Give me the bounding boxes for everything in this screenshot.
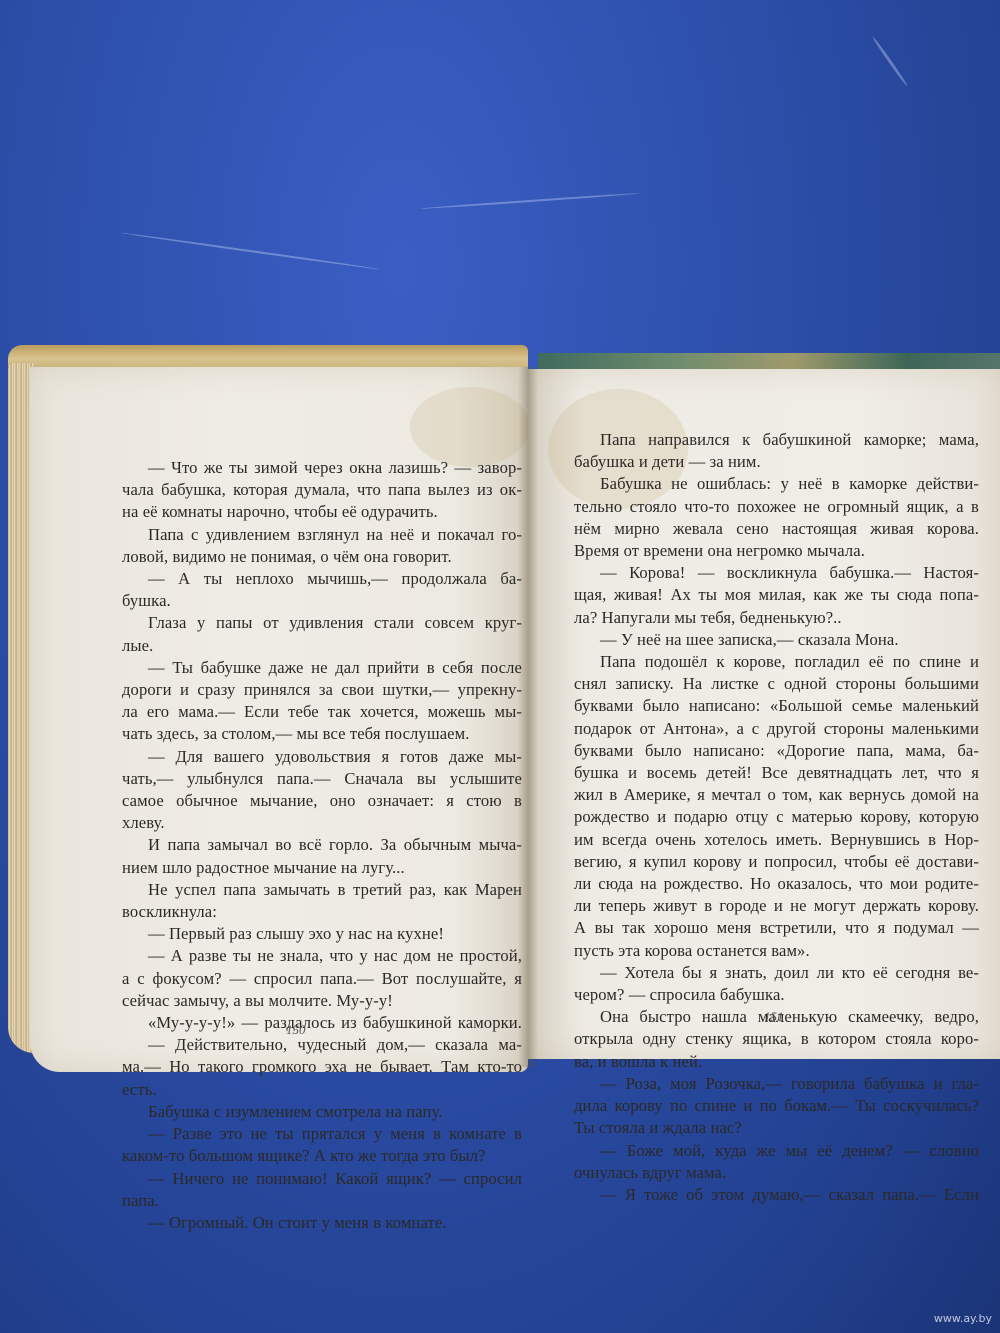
text-line: пусть эта корова останется вам». — [574, 940, 979, 962]
text-line: есть. — [122, 1079, 522, 1101]
text-line: очнулась вдруг мама. — [574, 1162, 979, 1184]
text-line: каком-то большом ящике? А кто же тогда э… — [122, 1145, 522, 1167]
text-line: сейчас замычу, а вы молчите. Му-у-у! — [122, 990, 522, 1012]
text-line: буквами было написано: «Дорогие папа, ма… — [574, 740, 979, 762]
text-line: Папа с удивлением взглянул на неё и пока… — [122, 524, 522, 546]
page-number: 150 — [286, 1022, 306, 1038]
text-line: дороги и сразу принялся за свои шутки,— … — [122, 679, 522, 701]
right-page: Папа направился к бабушкиной каморке; ма… — [528, 369, 1000, 1059]
text-line: Ты стояла и ждала нас? — [574, 1117, 979, 1139]
text-line: Бабушка с изумлением смотрела на папу. — [122, 1101, 522, 1123]
text-line: бабушка и дети — за ним. — [574, 451, 979, 473]
text-line: чать,— улыбнулся папа.— Сначала вы услыш… — [122, 768, 522, 790]
text-line: — Я тоже об этом думаю,— сказал папа.— Е… — [574, 1184, 979, 1206]
text-line: а с фокусом? — спросил папа.— Вот послуш… — [122, 968, 522, 990]
text-line: нём мирно жевала сено настоящая живая ко… — [574, 518, 979, 540]
text-line: — У неё на шее записка,— сказала Мона. — [574, 629, 979, 651]
text-line: Бабушка не ошиблась: у неё в каморке дей… — [574, 473, 979, 495]
text-line: чала бабушка, которая думала, что папа в… — [122, 479, 522, 501]
text-line: буквами было написано: «Большой семье ма… — [574, 695, 979, 717]
text-line: — Для вашего удовольствия я готов даже м… — [122, 746, 522, 768]
text-line: — Ничего не понимаю! Какой ящик? — спрос… — [122, 1168, 522, 1190]
right-page-text: Папа направился к бабушкиной каморке; ма… — [574, 429, 979, 1206]
text-line: чером? — спросила бабушка. — [574, 984, 979, 1006]
text-line: бушка и восемь детей! Все девятнадцать л… — [574, 762, 979, 784]
text-line: Не успел папа замычать в третий раз, как… — [122, 879, 522, 901]
text-line: нием шло радостное мычание на лугу... — [122, 857, 522, 879]
text-line: ли теперь живут в городе и не могут держ… — [574, 895, 979, 917]
text-line: бушка. — [122, 590, 522, 612]
text-line: дила корову по спине и по бокам.— Ты сос… — [574, 1095, 979, 1117]
text-line: — Разве это не ты прятался у меня в комн… — [122, 1123, 522, 1145]
text-line: А вы так хорошо меня встретили, что я по… — [574, 917, 979, 939]
text-line: снял записку. На листке с одной стороны … — [574, 673, 979, 695]
text-line: ла его мама.— Если тебе так хочется, мож… — [122, 701, 522, 723]
watermark: www.ay.by — [934, 1312, 992, 1325]
text-line: самое обычное мычание, оно означает: я с… — [122, 790, 522, 812]
text-line: — Первый раз слышу эхо у нас на кухне! — [122, 923, 522, 945]
open-book: — Что же ты зимой через окна лазишь? — з… — [8, 345, 1000, 1085]
surface-scratch — [872, 36, 909, 87]
text-line: Время от времени она негромко мычала. — [574, 540, 979, 562]
text-line: подарок от Антона», а с другой стороны м… — [574, 718, 979, 740]
text-line: щая, живая! Ах ты моя милая, как же ты с… — [574, 584, 979, 606]
surface-scratch — [121, 232, 379, 270]
text-line: ли сюда на рождество. Но оказалось, что … — [574, 873, 979, 895]
text-line: — Хотела бы я знать, доил ли кто её сего… — [574, 962, 979, 984]
text-line: рождество и подарю отцу с матерью корову… — [574, 806, 979, 828]
text-line: им всегда очень хотелось иметь. Вернувши… — [574, 829, 979, 851]
text-line: Папа подошёл к корове, погладил её по сп… — [574, 651, 979, 673]
text-line: папа. — [122, 1190, 522, 1212]
text-line: — Огромный. Он стоит у меня в комнате. — [122, 1212, 522, 1234]
text-line: хлеву. — [122, 812, 522, 834]
left-page: — Что же ты зимой через окна лазишь? — з… — [30, 367, 528, 1072]
text-line: Папа направился к бабушкиной каморке; ма… — [574, 429, 979, 451]
text-line: Глаза у папы от удивления стали совсем к… — [122, 612, 522, 634]
text-line: ва, и вошла к ней. — [574, 1051, 979, 1073]
text-line: лые. — [122, 635, 522, 657]
text-line: ловой, видимо не понимая, о чём она гово… — [122, 546, 522, 568]
left-page-text: — Что же ты зимой через окна лазишь? — з… — [122, 457, 522, 1234]
text-line: — Ты бабушке даже не дал прийти в себя п… — [122, 657, 522, 679]
book-gutter — [518, 367, 538, 1067]
text-line: — Корова! — воскликнула бабушка.— Настоя… — [574, 562, 979, 584]
text-line: открыла одну стенку ящика, в котором сто… — [574, 1028, 979, 1050]
text-line: вегию, я купил корову и попросил, чтобы … — [574, 851, 979, 873]
text-line: чать здесь, за столом,— мы все тебя посл… — [122, 723, 522, 745]
text-line: жил в Америке, я мечтал о том, как верну… — [574, 784, 979, 806]
book-cover-edge-left — [8, 345, 528, 367]
text-line: — А разве ты не знала, что у нас дом не … — [122, 945, 522, 967]
text-line: — Роза, моя Розочка,— говорила бабушка и… — [574, 1073, 979, 1095]
text-line: — А ты неплохо мычишь,— продолжала ба- — [122, 568, 522, 590]
text-line: «Му-у-у-у!» — раздалось из бабушкиной ка… — [122, 1012, 522, 1034]
surface-scratch — [420, 192, 640, 209]
text-line: — Действительно, чудесный дом,— сказала … — [122, 1034, 522, 1056]
text-line: — Что же ты зимой через окна лазишь? — з… — [122, 457, 522, 479]
text-line: воскликнула: — [122, 901, 522, 923]
text-line: ма.— Но такого громкого эха не бывает. Т… — [122, 1056, 522, 1078]
text-line: И папа замычал во всё горло. За обычным … — [122, 834, 522, 856]
text-line: тельно стояло что-то похожее не огромный… — [574, 496, 979, 518]
text-line: ла? Напугали мы тебя, бедненькую?.. — [574, 607, 979, 629]
text-line: на её комнаты нарочно, чтобы её одурачит… — [122, 501, 522, 523]
text-line: — Боже мой, куда же мы её денем? — словн… — [574, 1140, 979, 1162]
paper-stain — [410, 387, 530, 467]
page-number: 151 — [764, 1009, 784, 1025]
